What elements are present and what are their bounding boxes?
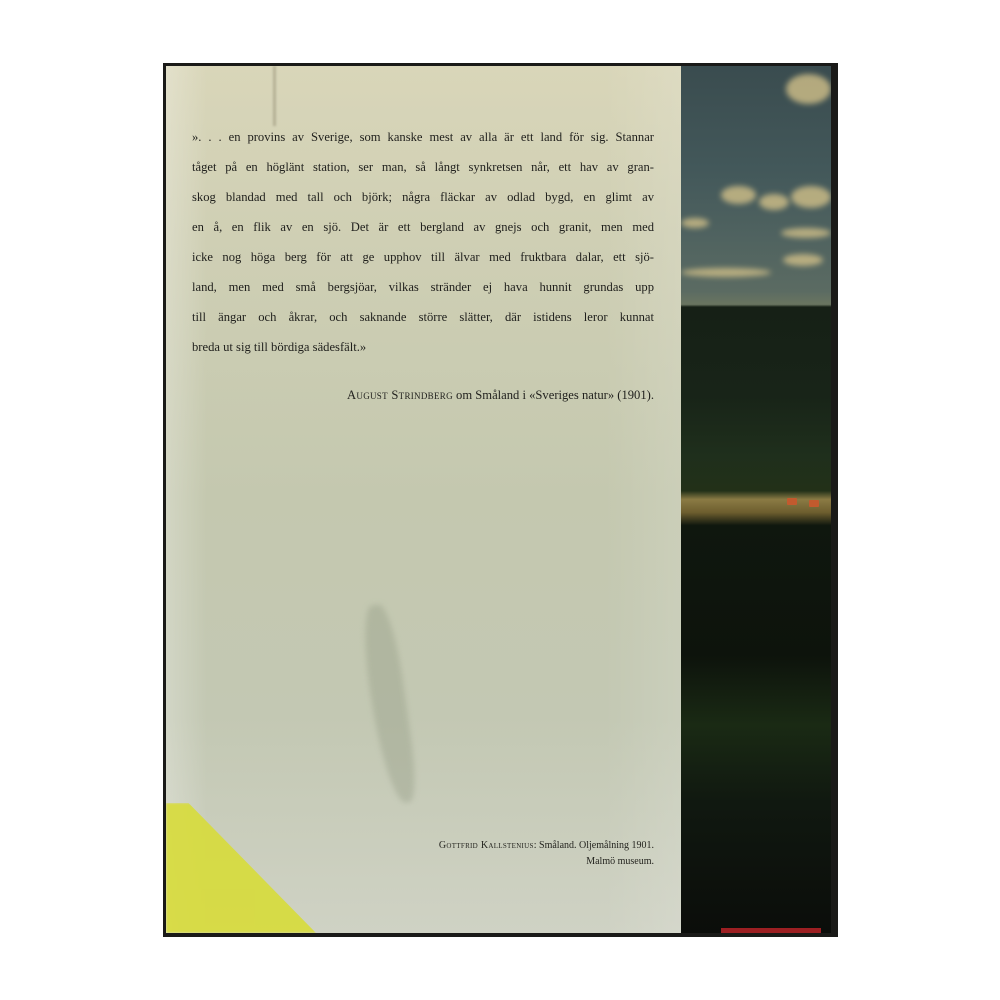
cover-edge-red <box>721 928 821 933</box>
quote-line: till ängar och åkrar, och saknande störr… <box>192 302 654 332</box>
strindberg-quote: ». . . en provins av Sverige, som kanske… <box>192 122 654 362</box>
cloud <box>681 268 771 277</box>
caption-line-1: Gottfrid Kallstenius: Småland. Oljemålni… <box>439 838 654 854</box>
text-panel: ». . . en provins av Sverige, som kanske… <box>166 66 681 933</box>
farmhouse <box>787 498 797 505</box>
cover-crease <box>273 66 276 126</box>
attribution-source: om Småland i «Sveriges natur» (1901). <box>453 388 654 402</box>
cloud <box>791 186 831 208</box>
quote-line: en å, en flik av en sjö. Det är ett berg… <box>192 212 654 242</box>
cloud <box>721 186 756 204</box>
landscape-painting <box>681 66 831 933</box>
book-back-cover: ». . . en provins av Sverige, som kanske… <box>163 63 838 937</box>
quote-line: land, men med små bergsjöar, vilkas strä… <box>192 272 654 302</box>
quote-line: tåget på en höglänt station, ser man, så… <box>192 152 654 182</box>
quote-line: skog blandad med tall och björk; några f… <box>192 182 654 212</box>
farmhouse <box>809 500 819 507</box>
attribution-author: August Strindberg <box>347 388 453 402</box>
quote-attribution: August Strindberg om Småland i «Sveriges… <box>347 388 654 403</box>
cloud <box>786 74 831 104</box>
cloud <box>783 254 823 266</box>
quote-line: ». . . en provins av Sverige, som kanske… <box>192 122 654 152</box>
quote-line: icke nog höga berg för att ge upphov til… <box>192 242 654 272</box>
caption-artist: Gottfrid Kallstenius <box>439 840 534 851</box>
cloud <box>781 228 831 238</box>
caption-museum: Malmö museum. <box>439 854 654 870</box>
painting-caption: Gottfrid Kallstenius: Småland. Oljemålni… <box>439 838 654 870</box>
quote-line: breda ut sig till bördiga sädesfält.» <box>192 332 654 362</box>
cloud <box>759 194 789 210</box>
caption-title: : Småland. Oljemålning 1901. <box>534 840 654 851</box>
cloud <box>681 218 709 228</box>
